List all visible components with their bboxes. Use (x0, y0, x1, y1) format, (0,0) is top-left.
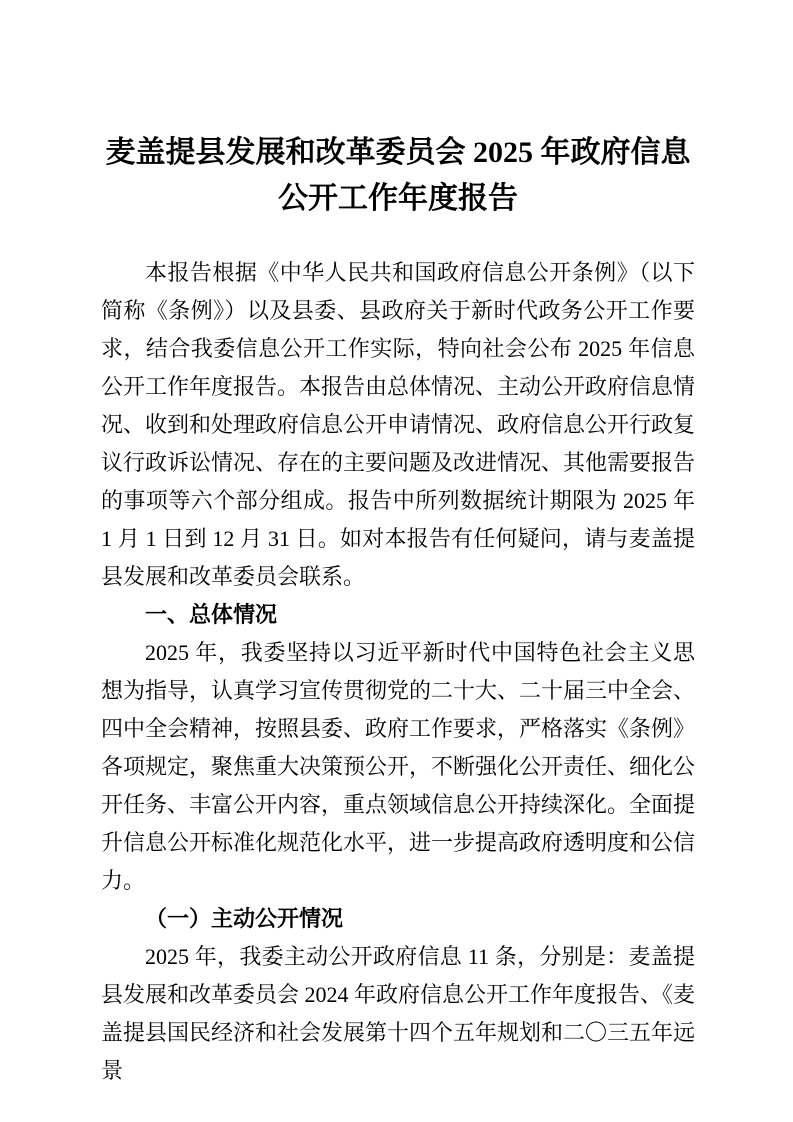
overall-situation-paragraph: 2025 年，我委坚持以习近平新时代中国特色社会主义思想为指导，认真学习宣传贯彻… (101, 634, 695, 900)
document-title-line-1: 麦盖提县发展和改革委员会 2025 年政府信息 (101, 130, 695, 176)
intro-paragraph: 本报告根据《中华人民共和国政府信息公开条例》（以下简称《条例》）以及县委、县政府… (101, 254, 695, 596)
subsection-heading-proactive-disclosure: （一）主动公开情况 (101, 900, 695, 938)
document-title: 麦盖提县发展和改革委员会 2025 年政府信息 公开工作年度报告 (101, 130, 695, 222)
document-page: 麦盖提县发展和改革委员会 2025 年政府信息 公开工作年度报告 本报告根据《中… (0, 0, 793, 1122)
section-heading-overall-situation: 一、总体情况 (101, 596, 695, 634)
document-title-line-2: 公开工作年度报告 (101, 176, 695, 222)
proactive-disclosure-paragraph: 2025 年，我委主动公开政府信息 11 条，分别是：麦盖提县发展和改革委员会 … (101, 938, 695, 1090)
document-body: 本报告根据《中华人民共和国政府信息公开条例》（以下简称《条例》）以及县委、县政府… (101, 254, 695, 1090)
